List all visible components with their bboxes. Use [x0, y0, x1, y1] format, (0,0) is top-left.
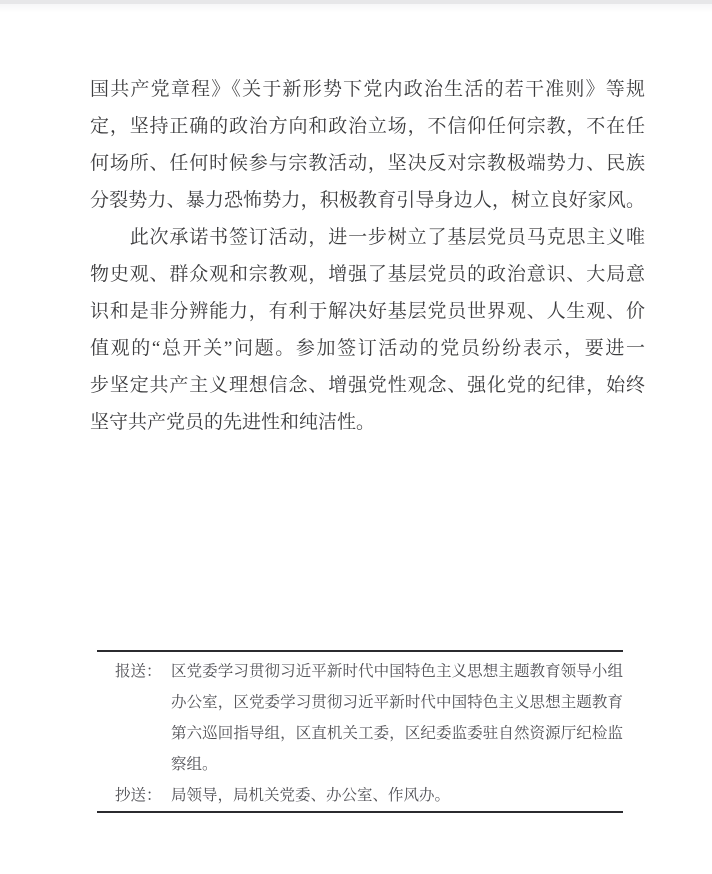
text-line: 第六巡回指导组，区直机关工委，区纪委监委驻自然资源厅纪检监	[171, 718, 623, 749]
text-line: 坚守共产党员的先进性和纯洁性。	[90, 404, 645, 441]
text-line: 分裂势力、暴力恐怖势力，积极教育引导身边人，树立良好家风。	[90, 182, 645, 219]
text-line: 此次承诺书签订活动，进一步树立了基层党员马克思主义唯	[90, 219, 645, 256]
document-page: 国共产党章程》《关于新形势下党内政治生活的若干准则》等规 定，坚持正确的政治方向…	[0, 0, 712, 874]
paragraph: 国共产党章程》《关于新形势下党内政治生活的若干准则》等规 定，坚持正确的政治方向…	[90, 71, 645, 219]
distribution-box: 报送： 区党委学习贯彻习近平新时代中国特色主义思想主题教育领导小组 办公室，区党…	[97, 650, 623, 813]
copy-content: 局领导，局机关党委、办公室、作风办。	[171, 780, 623, 811]
text-line: 定，坚持正确的政治方向和政治立场，不信仰任何宗教，不在任	[90, 108, 645, 145]
report-label: 报送：	[115, 656, 171, 687]
text-line: 区党委学习贯彻习近平新时代中国特色主义思想主题教育领导小组	[171, 656, 623, 687]
text-line: 物史观、群众观和宗教观，增强了基层党员的政治意识、大局意	[90, 256, 645, 293]
document-body: 国共产党章程》《关于新形势下党内政治生活的若干准则》等规 定，坚持正确的政治方向…	[90, 71, 645, 441]
text-line: 识和是非分辨能力，有利于解决好基层党员世界观、人生观、价	[90, 293, 645, 330]
text-line: 国共产党章程》《关于新形势下党内政治生活的若干准则》等规	[90, 71, 645, 108]
text-line: 办公室，区党委学习贯彻习近平新时代中国特色主义思想主题教育	[171, 687, 623, 718]
page-top-edge-shadow	[0, 4, 712, 13]
text-line: 何场所、任何时候参与宗教活动，坚决反对宗教极端势力、民族	[90, 145, 645, 182]
report-content: 区党委学习贯彻习近平新时代中国特色主义思想主题教育领导小组 办公室，区党委学习贯…	[171, 656, 623, 780]
text-line: 察组。	[171, 749, 623, 780]
text-line: 值观的“总开关”问题。参加签订活动的党员纷纷表示，要进一	[90, 330, 645, 367]
text-line: 局领导，局机关党委、办公室、作风办。	[171, 780, 623, 811]
report-row: 报送： 区党委学习贯彻习近平新时代中国特色主义思想主题教育领导小组 办公室，区党…	[97, 656, 623, 780]
copy-row: 抄送： 局领导，局机关党委、办公室、作风办。	[97, 780, 623, 811]
text-line: 步坚定共产主义理想信念、增强党性观念、强化党的纪律，始终	[90, 367, 645, 404]
copy-label: 抄送：	[115, 780, 171, 811]
paragraph: 此次承诺书签订活动，进一步树立了基层党员马克思主义唯 物史观、群众观和宗教观，增…	[90, 219, 645, 441]
